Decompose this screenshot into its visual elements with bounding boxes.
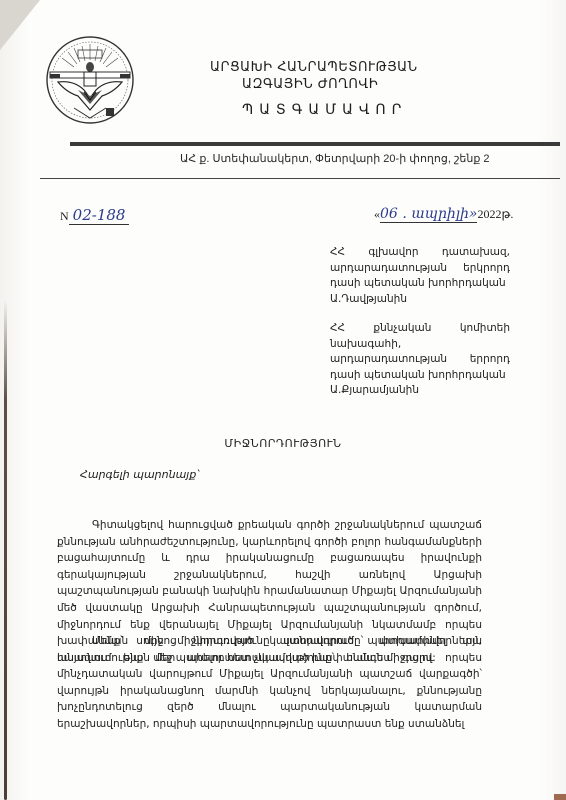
addressee-title: ՀՀ գլխավոր դատախազ, արդարադատության երկր… <box>330 246 510 289</box>
org-name-line1: ԱՐՑԱԽԻ ՀԱՆՐԱՊԵՏՈՒԹՅԱՆ <box>210 60 500 75</box>
page-corner-fold <box>0 0 40 50</box>
addressee-name: Ա.Քյարամյանին <box>330 383 510 399</box>
letterhead-address: ԱՀ ք. Ստեփանակերտ, Փետրվարի 20-ի փողոց, … <box>180 152 490 165</box>
coat-of-arms-icon <box>44 34 136 126</box>
addressee-title: ՀՀ քննչական կոմիտեի նախագահի, արդարադատո… <box>330 322 510 381</box>
body-paragraph-2: Մենք՝ սույն միջնորդությունը ստորագրած պա… <box>57 633 482 733</box>
sender-title: ՊԱՏԳԱՄԱՎՈՐ <box>242 102 532 118</box>
addressee-1: ՀՀ գլխավոր դատախազ, արդարադատության երկր… <box>330 245 510 307</box>
reference-prefix: N <box>60 209 69 223</box>
date-year: 2022թ. <box>477 207 513 221</box>
addressee-name: Ա.Դավթյանին <box>330 292 510 308</box>
org-name-line2: ԱԶԳԱՅԻՆ ԺՈՂՈՎԻ <box>242 77 532 92</box>
addressee-2: ՀՀ քննչական կոմիտեի նախագահի, արդարադատո… <box>330 321 510 399</box>
document-page: ԱՐՑԱԽԻ ՀԱՆՐԱՊԵՏՈՒԹՅԱՆ ԱԶԳԱՅԻՆ ԺՈՂՈՎԻ ՊԱՏ… <box>0 0 566 800</box>
reference-number-handwritten: 02-188 <box>69 206 130 225</box>
header-rule-thick <box>70 142 560 146</box>
header-rule-thin <box>40 178 560 179</box>
date-handwritten: 06 ․ ապրիլի» <box>380 206 477 223</box>
salutation: Հարգելի պարոնայք՝ <box>80 468 199 481</box>
page-edge-shadow <box>4 300 7 800</box>
paragraph-text: Մենք՝ սույն միջնորդությունը ստորագրած պա… <box>57 633 482 733</box>
document-date: «06 ․ ապրիլի»2022թ. <box>374 206 513 222</box>
document-title: ՄԻՋՆՈՐԴՈՒԹՅՈՒՆ <box>0 437 566 450</box>
reference-number: N02-188 <box>60 206 129 224</box>
page-corner <box>554 794 566 800</box>
